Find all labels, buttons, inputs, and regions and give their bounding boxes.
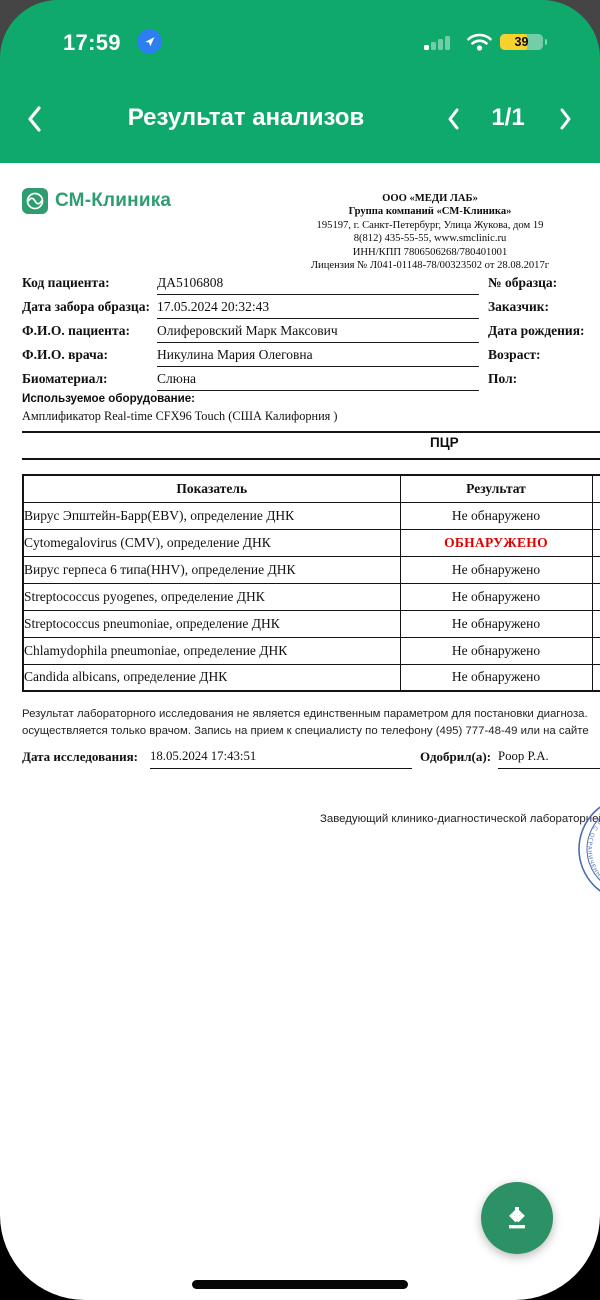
- table-row: Chlamydophila pneumoniae, определение ДН…: [23, 637, 600, 664]
- section-divider: [22, 458, 600, 460]
- letterhead: ООО «МЕДИ ЛАБ» Группа компаний «СМ-Клини…: [242, 192, 600, 272]
- extra-cell: [592, 664, 600, 691]
- section-title: ПЦР: [430, 435, 459, 450]
- table-row: Вирус герпеса 6 типа(HHV), определение Д…: [23, 556, 600, 583]
- letterhead-line: ООО «МЕДИ ЛАБ»: [242, 192, 600, 205]
- column-header-indicator: Показатель: [23, 475, 400, 502]
- indicator-cell: Streptococcus pyogenes, определение ДНК: [23, 583, 400, 610]
- table-row: Candida albicans, определение ДНК Не обн…: [23, 664, 600, 691]
- field-label: Дата забора образца:: [22, 299, 150, 315]
- approved-by-value: Poop Р.А.: [498, 749, 600, 769]
- approved-by-label: Одобрил(а):: [420, 749, 491, 765]
- indicator-cell: Вирус Эпштейн-Барр(EBV), определение ДНК: [23, 502, 400, 529]
- letterhead-line: Группа компаний «СМ-Клиника»: [242, 205, 600, 218]
- result-cell: Не обнаружено: [400, 610, 592, 637]
- letterhead-line: Лицензия № Л041-01148-78/00323502 от 28.…: [242, 259, 600, 272]
- field-label: Биоматериал:: [22, 371, 108, 387]
- field-label: Ф.И.О. пациента:: [22, 323, 130, 339]
- field-row: Код пациента: ДА5106808 № образца:: [0, 275, 600, 299]
- study-date-value: 18.05.2024 17:43:51: [150, 749, 412, 769]
- field-row: Дата забора образца: 17.05.2024 20:32:43…: [0, 299, 600, 323]
- svg-text:ОБЩЕСТВО С ОГРАНИЧЕННОЙ ОТВЕТС: ОБЩЕСТВО С ОГРАНИЧЕННОЙ ОТВЕТСТВЕННОСТЬЮ: [586, 804, 600, 894]
- stamp-arc-text: ОБЩЕСТВО С ОГРАНИЧЕННОЙ ОТВЕТСТВЕННОСТЬЮ: [586, 804, 600, 894]
- field-label: Ф.И.О. врача:: [22, 347, 108, 363]
- field-right-label: Пол:: [488, 371, 517, 387]
- wifi-icon: [466, 32, 493, 52]
- signature-title: Заведующий клинико-диагностической лабор…: [320, 813, 600, 825]
- indicator-cell: Streptococcus pneumoniae, определение ДН…: [23, 610, 400, 637]
- field-label: Код пациента:: [22, 275, 110, 291]
- cellular-signal-icon: [424, 34, 460, 50]
- results-table: Показатель Результат Вирус Эпштейн-Барр(…: [22, 474, 600, 692]
- table-row: Вирус Эпштейн-Барр(EBV), определение ДНК…: [23, 502, 600, 529]
- extra-cell: [592, 502, 600, 529]
- field-right-label: № образца:: [488, 275, 557, 291]
- field-value: ДА5106808: [157, 275, 479, 295]
- letterhead-line: 195197, г. Санкт-Петербург, Улица Жукова…: [242, 219, 600, 232]
- column-header-extra: [592, 475, 600, 502]
- clinic-logo: СМ-Клиника: [22, 188, 171, 214]
- indicator-cell: Chlamydophila pneumoniae, определение ДН…: [23, 637, 400, 664]
- status-time: 17:59: [63, 30, 121, 56]
- extra-cell: [592, 583, 600, 610]
- lab-report-document: СМ-Клиника ООО «МЕДИ ЛАБ» Группа компани…: [0, 163, 600, 1300]
- result-cell: Не обнаружено: [400, 583, 592, 610]
- next-page-button[interactable]: [559, 107, 577, 133]
- table-header-row: Показатель Результат: [23, 475, 600, 502]
- equipment-label: Используемое оборудование:: [22, 392, 195, 405]
- field-value: Слюна: [157, 371, 479, 391]
- page-indicator: 1/1: [478, 104, 538, 132]
- round-stamp: ОБЩЕСТВО С ОГРАНИЧЕННОЙ ОТВЕТСТВЕННОСТЬЮ: [575, 793, 600, 905]
- table-row: Streptococcus pyogenes, определение ДНК …: [23, 583, 600, 610]
- extra-cell: [592, 556, 600, 583]
- table-row: Streptococcus pneumoniae, определение ДН…: [23, 610, 600, 637]
- prev-page-button[interactable]: [446, 107, 464, 133]
- result-cell-detected: ОБНАРУЖЕНО: [400, 529, 592, 556]
- result-cell: Не обнаружено: [400, 664, 592, 691]
- home-indicator[interactable]: [192, 1280, 408, 1289]
- clinic-logo-icon: [22, 188, 48, 214]
- battery-percent: 39: [500, 34, 543, 50]
- result-cell: Не обнаружено: [400, 637, 592, 664]
- battery-indicator: 39: [500, 34, 543, 50]
- field-row: Ф.И.О. пациента: Олиферовский Марк Максо…: [0, 323, 600, 347]
- page-title: Результат анализов: [0, 104, 492, 132]
- letterhead-line: 8(812) 435-55-55, www.smclinic.ru: [242, 232, 600, 245]
- table-row: Cytomegalovirus (CMV), определение ДНК О…: [23, 529, 600, 556]
- disclaimer-line: осуществляется только врачом. Запись на …: [22, 725, 600, 737]
- result-cell: Не обнаружено: [400, 502, 592, 529]
- extra-cell: [592, 610, 600, 637]
- letterhead-line: ИНН/КПП 7806506268/780401001: [242, 246, 600, 259]
- disclaimer-line: Результат лабораторного исследования не …: [22, 708, 600, 720]
- battery-tip: [545, 39, 548, 45]
- column-header-result: Результат: [400, 475, 592, 502]
- section-divider: [22, 431, 600, 433]
- result-cell: Не обнаружено: [400, 556, 592, 583]
- clinic-logo-text: СМ-Клиника: [55, 190, 171, 212]
- indicator-cell: Cytomegalovirus (CMV), определение ДНК: [23, 529, 400, 556]
- field-value: Никулина Мария Олеговна: [157, 347, 479, 367]
- field-row: Ф.И.О. врача: Никулина Мария Олеговна Во…: [0, 347, 600, 371]
- equipment-value: Амплификатор Real-time CFX96 Touch (США …: [22, 409, 338, 424]
- study-date-label: Дата исследования:: [22, 749, 138, 765]
- download-button[interactable]: [481, 1182, 553, 1254]
- indicator-cell: Candida albicans, определение ДНК: [23, 664, 400, 691]
- app-header: 17:59 39 Результат анализов 1/1: [0, 0, 600, 163]
- location-services-icon: [137, 29, 162, 54]
- download-icon: [502, 1203, 532, 1233]
- indicator-cell: Вирус герпеса 6 типа(HHV), определение Д…: [23, 556, 400, 583]
- extra-cell: [592, 529, 600, 556]
- field-value: 17.05.2024 20:32:43: [157, 299, 479, 319]
- field-right-label: Возраст:: [488, 347, 541, 363]
- field-value: Олиферовский Марк Максович: [157, 323, 479, 343]
- extra-cell: [592, 637, 600, 664]
- field-right-label: Заказчик:: [488, 299, 549, 315]
- field-right-label: Дата рождения:: [488, 323, 585, 339]
